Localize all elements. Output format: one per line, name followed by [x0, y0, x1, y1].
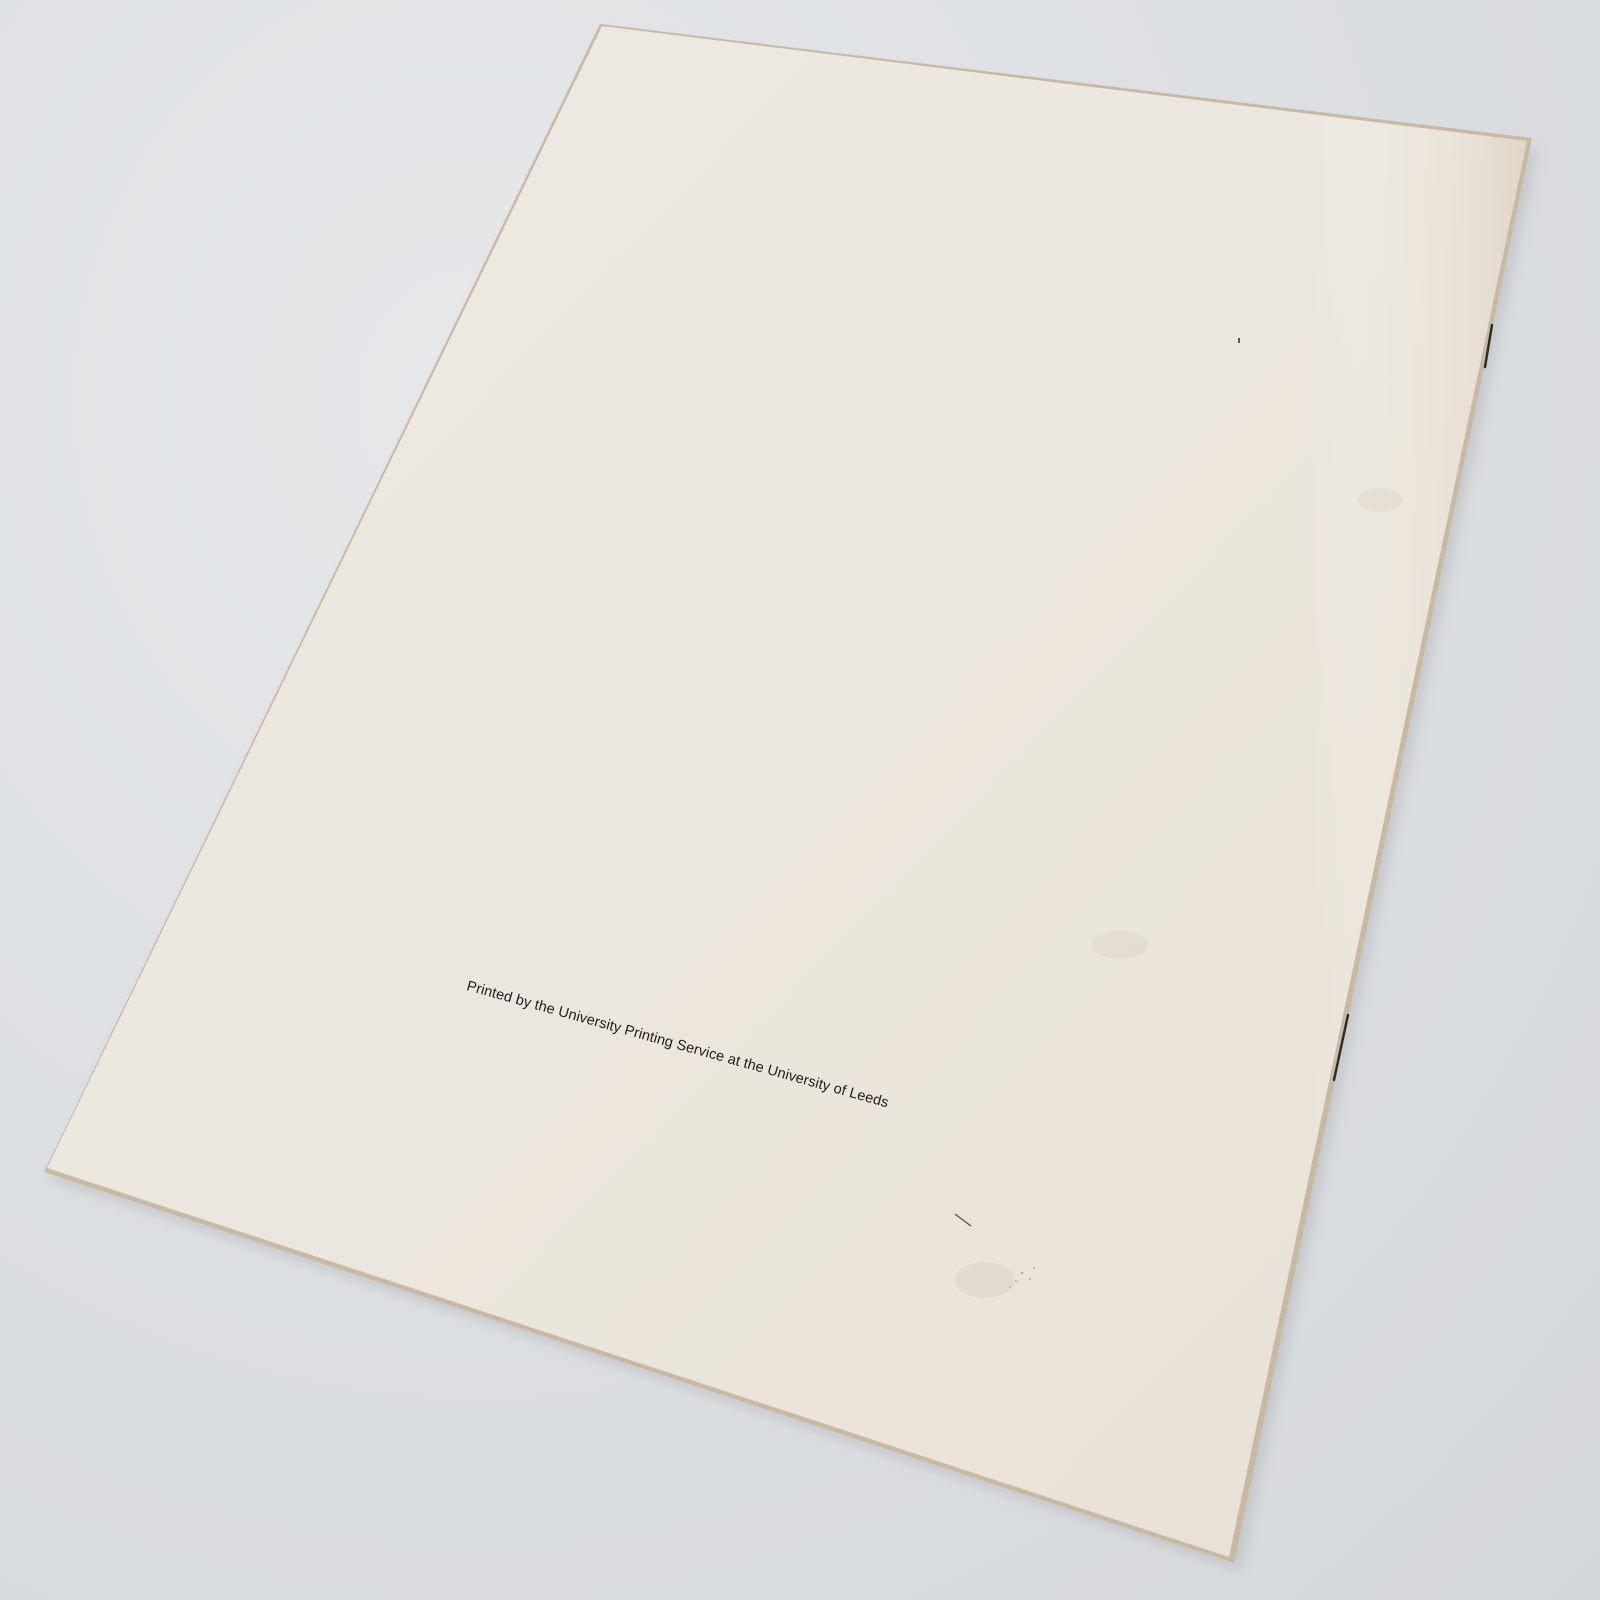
cover-edge-tint	[47, 26, 1527, 1557]
booklet-illustration	[0, 0, 1600, 1600]
stain-mark	[955, 1262, 1015, 1298]
stain-mark	[1358, 488, 1402, 512]
dot-mark	[1238, 338, 1240, 343]
stain-mark	[1092, 931, 1148, 959]
photo-scene: Printed by the University Printing Servi…	[0, 0, 1600, 1600]
